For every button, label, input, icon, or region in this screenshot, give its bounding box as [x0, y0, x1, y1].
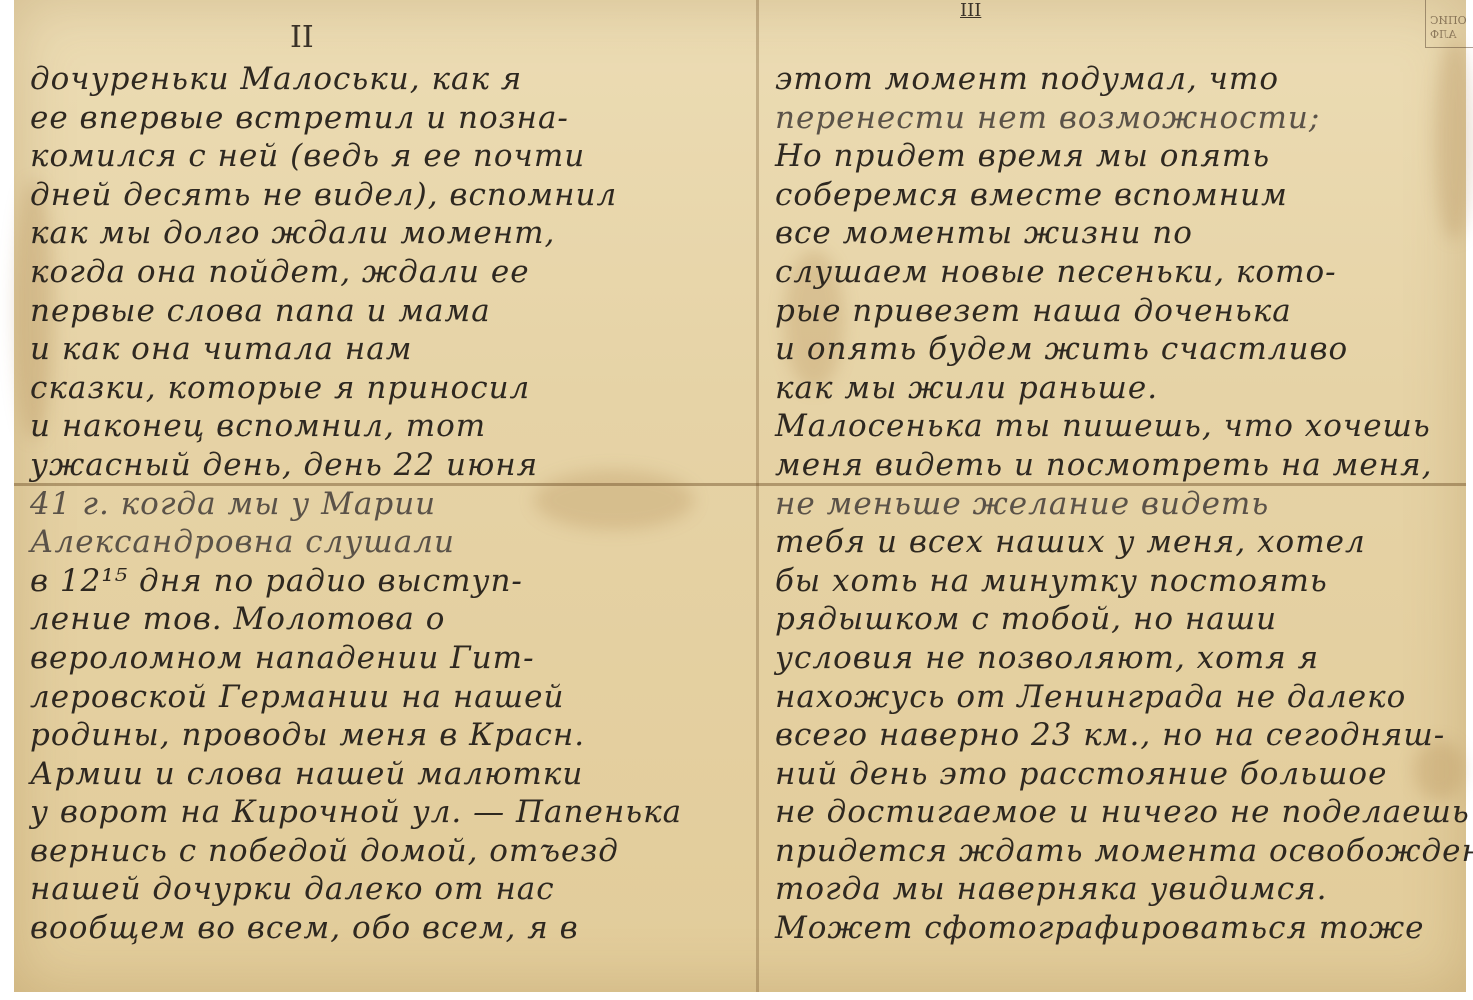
left-page-text: дочуреньки Малоськи, как я ее впервые вс…: [30, 60, 730, 948]
text-line: бы хоть на минутку постоять: [775, 562, 1465, 601]
text-line: сказки, которые я приносил: [30, 369, 730, 408]
text-line: нашей дочурки далеко от нас: [30, 870, 730, 909]
page-number-right: III: [960, 0, 981, 21]
text-line: вероломном нападении Гит-: [30, 639, 730, 678]
text-line: у ворот на Кирочной ул. — Папенька: [30, 793, 730, 832]
text-line: соберемся вместе вспомним: [775, 176, 1465, 215]
text-line: первые слова папа и мама: [30, 292, 730, 331]
text-line: ужасный день, день 22 июня: [30, 446, 730, 485]
text-line: Малосенька ты пишешь, что хочешь: [775, 407, 1465, 446]
text-line: Армии и слова нашей малютки: [30, 755, 730, 794]
vertical-fold-line: [756, 0, 759, 992]
text-line: нахожусь от Ленинграда не далеко: [775, 678, 1465, 717]
text-line: не достигаемое и ничего не поделаешь: [775, 793, 1465, 832]
text-line: меня видеть и посмотреть на меня,: [775, 446, 1465, 485]
text-line: слушаем новые песеньки, кото-: [775, 253, 1465, 292]
right-page-text: этот момент подумал, что перенести нет в…: [775, 60, 1465, 948]
text-line: рядышком с тобой, но наши: [775, 600, 1465, 639]
text-line: ее впервые встретил и позна-: [30, 99, 730, 138]
postal-stamp: ОПИС АЛФ: [1425, 0, 1473, 48]
text-line: всего наверно 23 км., но на сегодняш-: [775, 716, 1465, 755]
stamp-line: АЛФ: [1430, 28, 1473, 42]
text-line: и опять будем жить счастливо: [775, 330, 1465, 369]
text-line: и как она читала нам: [30, 330, 730, 369]
text-line: вернись с победой домой, отъезд: [30, 832, 730, 871]
text-line: родины, проводы меня в Красн.: [30, 716, 730, 755]
text-line: 41 г. когда мы у Марии: [30, 485, 730, 524]
text-line: в 12¹⁵ дня по радио выступ-: [30, 562, 730, 601]
text-line: все моменты жизни по: [775, 214, 1465, 253]
text-line: как мы долго ждали момент,: [30, 214, 730, 253]
text-line: перенести нет возможности;: [775, 99, 1465, 138]
text-line: леровской Германии на нашей: [30, 678, 730, 717]
text-line: рые привезет наша доченька: [775, 292, 1465, 331]
text-line: Александровна слушали: [30, 523, 730, 562]
text-line: комился с ней (ведь я ее почти: [30, 137, 730, 176]
text-line: дочуреньки Малоськи, как я: [30, 60, 730, 99]
text-line: придется ждать момента освобождения: [775, 832, 1465, 871]
stamp-line: ОПИС: [1430, 14, 1473, 28]
text-line: этот момент подумал, что: [775, 60, 1465, 99]
text-line: и наконец вспомнил, тот: [30, 407, 730, 446]
text-line: условия не позволяют, хотя я: [775, 639, 1465, 678]
text-line: тогда мы наверняка увидимся.: [775, 870, 1465, 909]
text-line: не меньше желание видеть: [775, 485, 1465, 524]
text-line: вообщем во всем, обо всем, я в: [30, 909, 730, 948]
text-line: Может сфотографироваться тоже: [775, 909, 1465, 948]
page-number-left: II: [290, 20, 314, 55]
text-line: когда она пойдет, ждали ее: [30, 253, 730, 292]
text-line: как мы жили раньше.: [775, 369, 1465, 408]
text-line: ний день это расстояние большое: [775, 755, 1465, 794]
text-line: дней десять не видел), вспомнил: [30, 176, 730, 215]
text-line: ление тов. Молотова о: [30, 600, 730, 639]
text-line: Но придет время мы опять: [775, 137, 1465, 176]
text-line: тебя и всех наших у меня, хотел: [775, 523, 1465, 562]
